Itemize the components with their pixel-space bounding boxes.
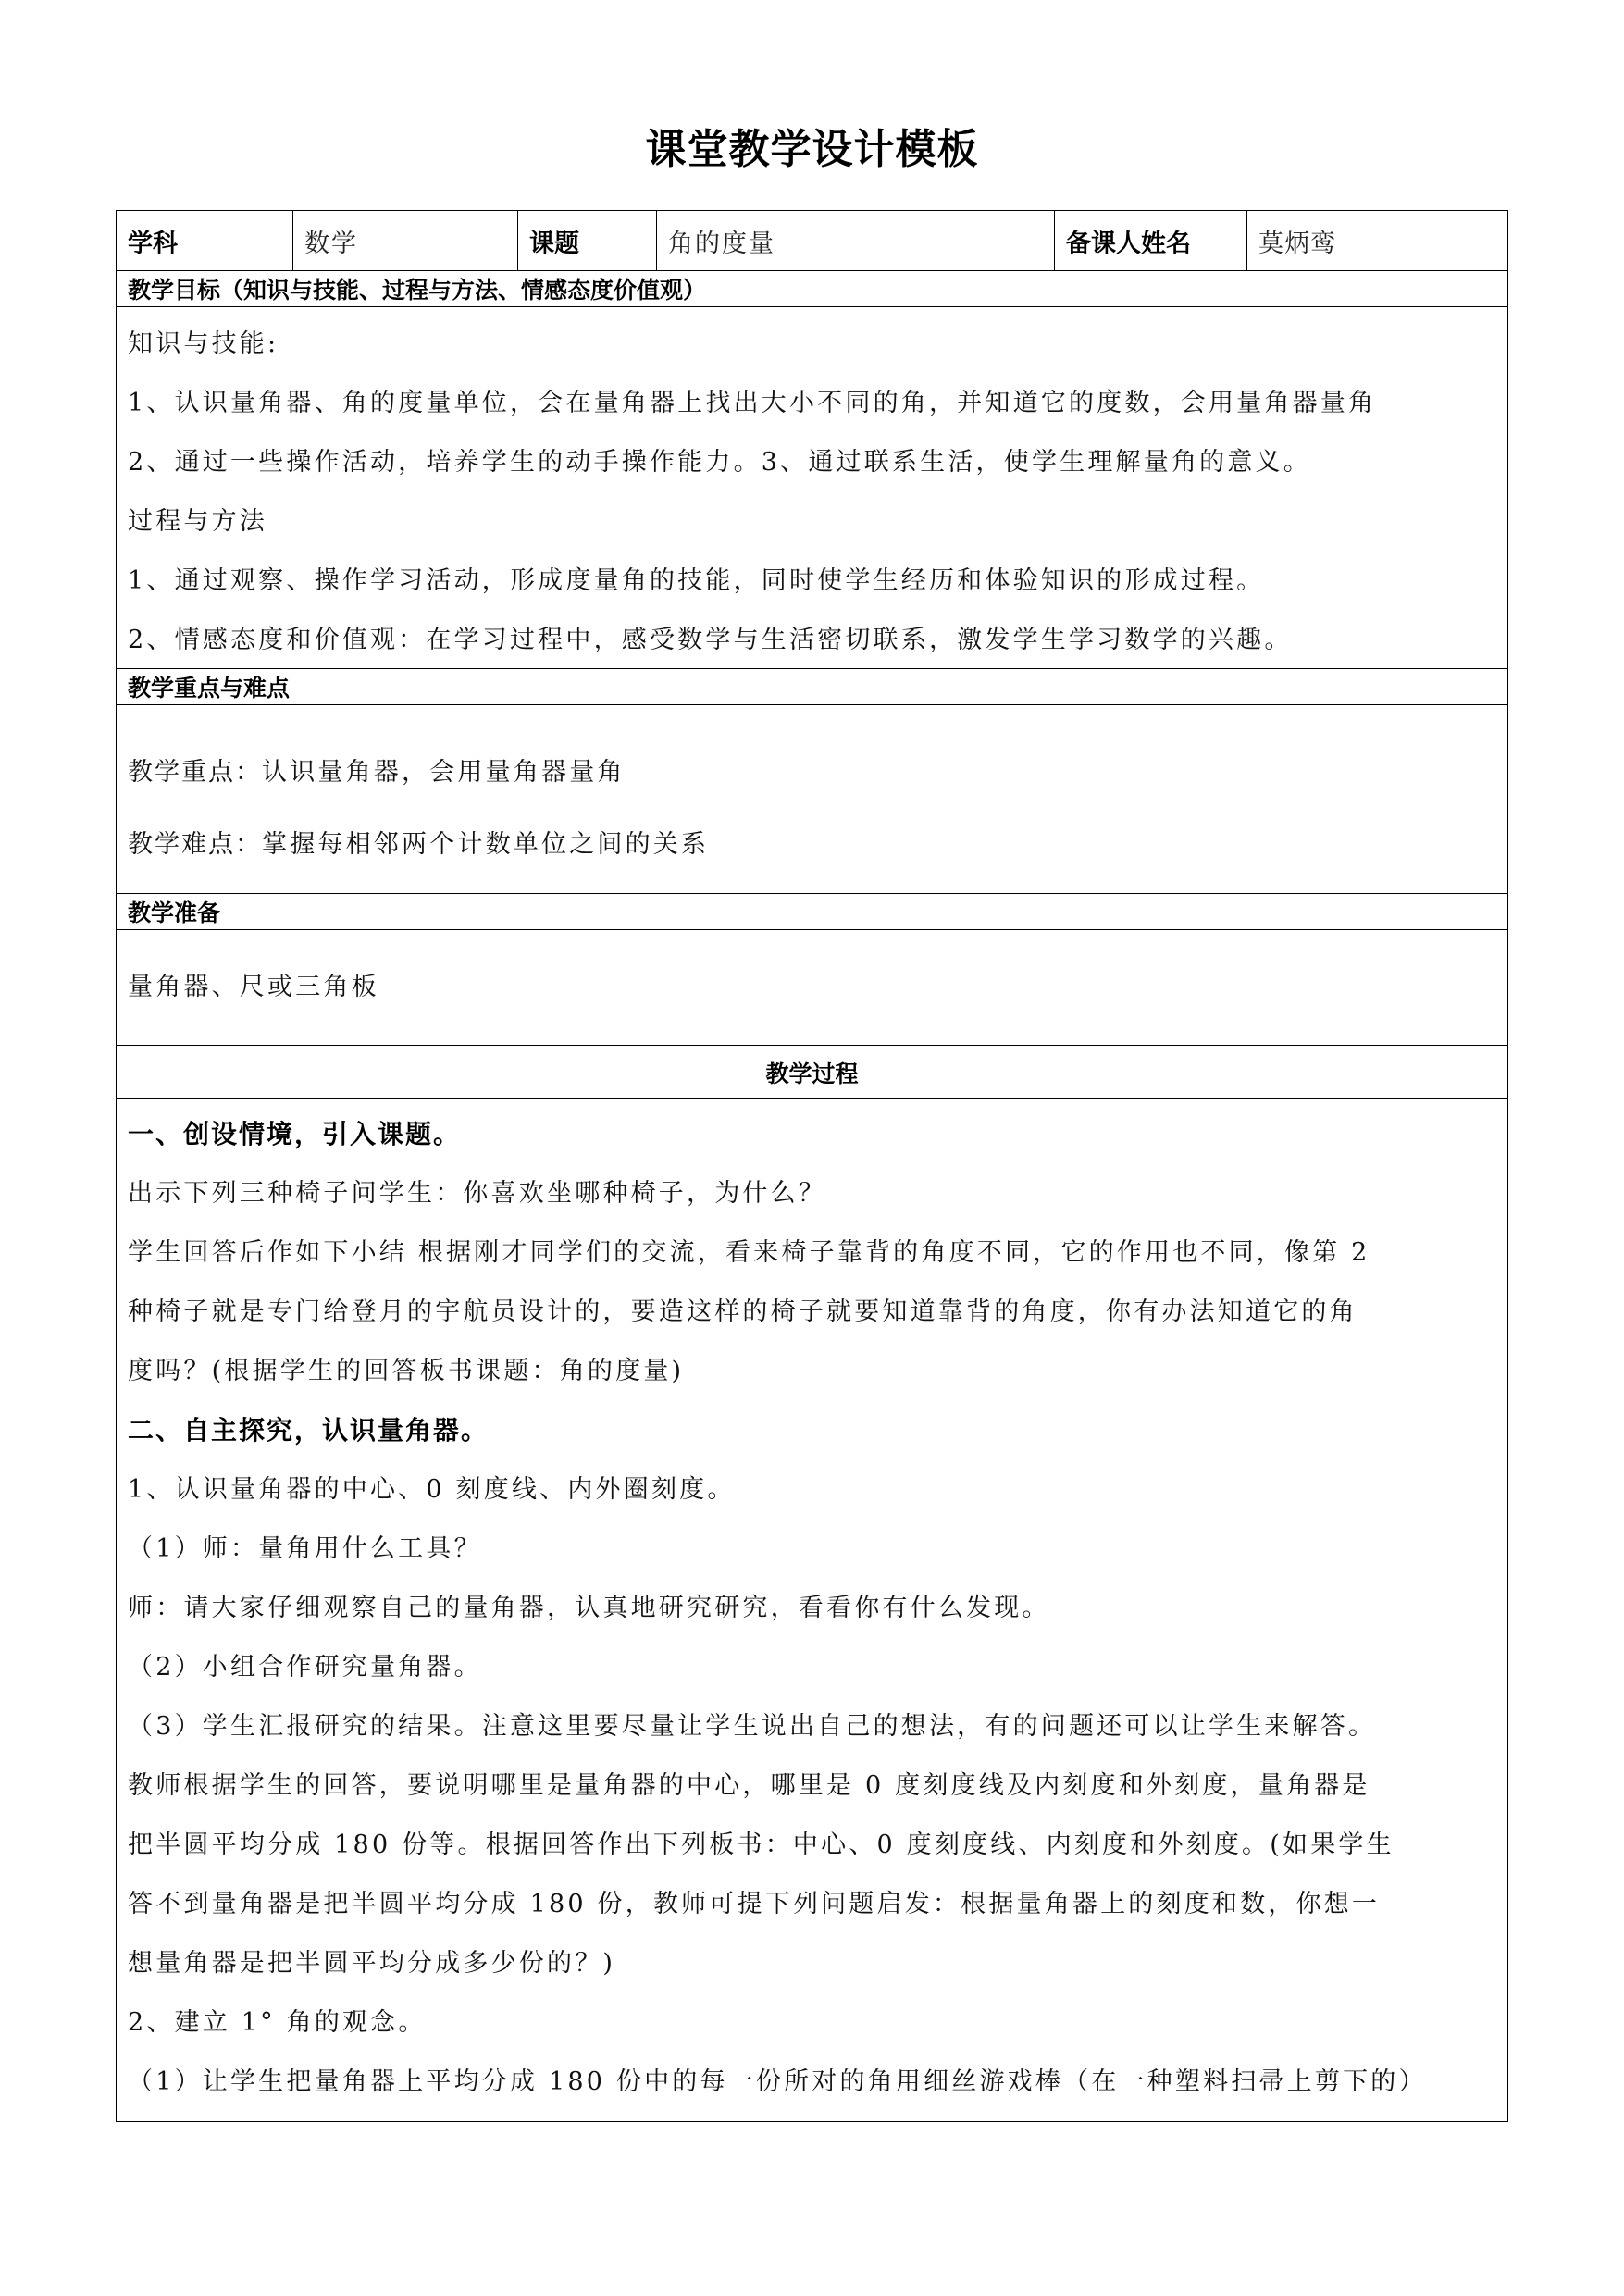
process-line: （1）让学生把量角器上平均分成 180 份中的每一份所对的角用细丝游戏棒（在一种… bbox=[128, 2053, 1498, 2112]
process-line: 出示下列三种椅子问学生：你喜欢坐哪种椅子，为什么？ bbox=[128, 1164, 1498, 1223]
teacher-value-cell: 莫炳鸾 bbox=[1247, 211, 1509, 270]
teaching-focus-text: 认识量角器，会用量角器量角 bbox=[262, 758, 626, 787]
objective-line: 2、通过一些操作活动，培养学生的动手操作能力。3、通过联系生活，使学生理解量角的… bbox=[128, 433, 1498, 492]
process-line: （3）学生汇报研究的结果。注意这里要尽量让学生说出自己的想法，有的问题还可以让学… bbox=[128, 1697, 1498, 1756]
teaching-difficulty-label: 教学难点： bbox=[128, 830, 262, 859]
objectives-heading-row: 教学目标（知识与技能、过程与方法、情感态度价值观） bbox=[117, 271, 1507, 307]
objective-line: 过程与方法 bbox=[128, 492, 1498, 552]
topic-label-cell: 课题 bbox=[518, 211, 657, 270]
process-body: 一、创设情境，引入课题。 出示下列三种椅子问学生：你喜欢坐哪种椅子，为什么？ 学… bbox=[117, 1099, 1507, 2123]
preparation-text: 量角器、尺或三角板 bbox=[128, 958, 379, 1017]
process-line: （2）小组合作研究量角器。 bbox=[128, 1638, 1498, 1697]
key-points-body-row: 教学重点：认识量角器，会用量角器量角 教学难点：掌握每相邻两个计数单位之间的关系 bbox=[117, 705, 1507, 894]
subject-label-cell: 学科 bbox=[117, 211, 293, 270]
page-title: 课堂教学设计模板 bbox=[0, 122, 1624, 178]
preparation-heading: 教学准备 bbox=[117, 894, 1507, 929]
subject-value: 数学 bbox=[304, 223, 358, 259]
teacher-label: 备课人姓名 bbox=[1066, 223, 1191, 259]
lesson-plan-table: 学科 数学 课题 角的度量 备课人姓名 莫炳鸾 教学目标（知识与技能、过程与方法… bbox=[116, 210, 1508, 2122]
process-line: 度吗？(根据学生的回答板书课题：角的度量) bbox=[128, 1342, 1498, 1401]
objectives-body-row: 知识与技能: 1、认识量角器、角的度量单位，会在量角器上找出大小不同的角，并知道… bbox=[117, 307, 1507, 669]
process-line: 种椅子就是专门给登月的宇航员设计的，要造这样的椅子就要知道靠背的角度，你有办法知… bbox=[128, 1283, 1498, 1342]
key-points-body: 教学重点：认识量角器，会用量角器量角 教学难点：掌握每相邻两个计数单位之间的关系 bbox=[117, 705, 1507, 893]
teaching-focus-label: 教学重点： bbox=[128, 758, 262, 787]
objectives-body: 知识与技能: 1、认识量角器、角的度量单位，会在量角器上找出大小不同的角，并知道… bbox=[117, 307, 1507, 668]
process-line: 想量角器是把半圆平均分成多少份的？) bbox=[128, 1934, 1498, 1993]
process-line: 把半圆平均分成 180 份等。根据回答作出下列板书：中心、0 度刻度线、内刻度和… bbox=[128, 1816, 1498, 1875]
teaching-difficulty-text: 掌握每相邻两个计数单位之间的关系 bbox=[262, 830, 709, 859]
process-line: （1）师：量角用什么工具？ bbox=[128, 1520, 1498, 1579]
objective-line: 2、情感态度和价值观：在学习过程中，感受数学与生活密切联系，激发学生学习数学的兴… bbox=[128, 611, 1498, 670]
subject-value-cell: 数学 bbox=[293, 211, 518, 270]
topic-value: 角的度量 bbox=[668, 223, 775, 259]
objective-line: 1、通过观察、操作学习活动，形成度量角的技能，同时使学生经历和体验知识的形成过程… bbox=[128, 552, 1498, 611]
teacher-value: 莫炳鸾 bbox=[1258, 223, 1336, 259]
process-line: 师：请大家仔细观察自己的量角器，认真地研究研究，看看你有什么发现。 bbox=[128, 1579, 1498, 1638]
process-section-heading: 二、自主探究，认识量角器。 bbox=[128, 1401, 1498, 1460]
process-heading: 教学过程 bbox=[117, 1046, 1507, 1098]
process-line: 教师根据学生的回答，要说明哪里是量角器的中心，哪里是 0 度刻度线及内刻度和外刻… bbox=[128, 1756, 1498, 1816]
topic-value-cell: 角的度量 bbox=[657, 211, 1055, 270]
process-section-heading: 一、创设情境，引入课题。 bbox=[128, 1105, 1498, 1164]
preparation-body: 量角器、尺或三角板 bbox=[117, 930, 1507, 1045]
objective-line: 知识与技能: bbox=[128, 315, 1498, 374]
process-line: 1、认识量角器的中心、0 刻度线、内外圈刻度。 bbox=[128, 1460, 1498, 1520]
objective-line: 1、认识量角器、角的度量单位，会在量角器上找出大小不同的角，并知道它的度数，会用… bbox=[128, 374, 1498, 433]
teaching-difficulty: 教学难点：掌握每相邻两个计数单位之间的关系 bbox=[128, 809, 1498, 881]
topic-label: 课题 bbox=[529, 223, 579, 259]
process-heading-row: 教学过程 bbox=[117, 1046, 1507, 1099]
process-line: 答不到量角器是把半圆平均分成 180 份，教师可提下列问题启发：根据量角器上的刻… bbox=[128, 1875, 1498, 1934]
process-body-row: 一、创设情境，引入课题。 出示下列三种椅子问学生：你喜欢坐哪种椅子，为什么？ 学… bbox=[117, 1099, 1507, 2123]
subject-label: 学科 bbox=[128, 223, 178, 259]
teaching-focus: 教学重点：认识量角器，会用量角器量角 bbox=[128, 737, 1498, 809]
preparation-heading-row: 教学准备 bbox=[117, 894, 1507, 930]
objectives-heading: 教学目标（知识与技能、过程与方法、情感态度价值观） bbox=[117, 271, 1507, 306]
preparation-body-row: 量角器、尺或三角板 bbox=[117, 930, 1507, 1046]
key-points-heading: 教学重点与难点 bbox=[117, 669, 1507, 704]
process-line: 学生回答后作如下小结 根据刚才同学们的交流，看来椅子靠背的角度不同，它的作用也不… bbox=[128, 1223, 1498, 1283]
info-row: 学科 数学 课题 角的度量 备课人姓名 莫炳鸾 bbox=[117, 211, 1507, 271]
process-line: 2、建立 1° 角的观念。 bbox=[128, 1993, 1498, 2053]
key-points-heading-row: 教学重点与难点 bbox=[117, 669, 1507, 705]
teacher-label-cell: 备课人姓名 bbox=[1055, 211, 1247, 270]
